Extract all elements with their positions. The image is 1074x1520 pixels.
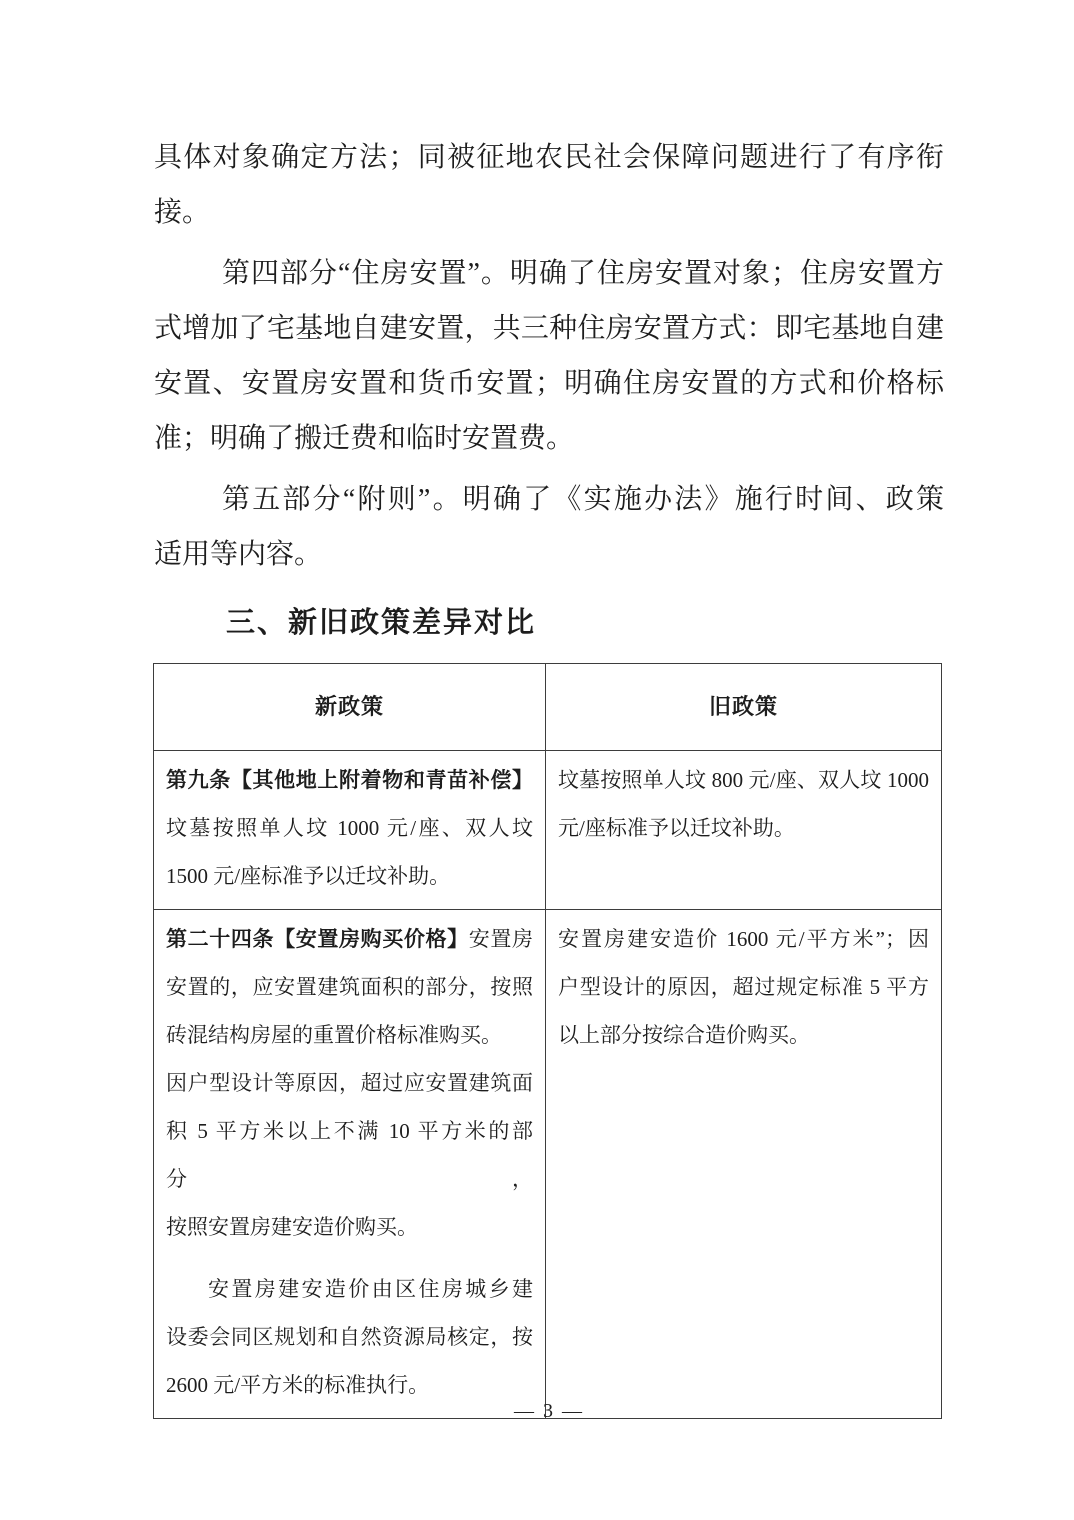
text-line: 因户型设计等原因，超过应安置建筑面 (166, 1059, 533, 1107)
paragraph-part-four: 第四部分“住房安置”。明确了住房安置对象；住房安置方 式增加了宅基地自建安置，共… (154, 246, 944, 466)
text-line: 适用等内容。 (154, 527, 944, 582)
paragraph-part-five: 第五部分“附则”。明确了《实施办法》施行时间、政策 适用等内容。 (154, 472, 944, 582)
table-row-article-9: 第九条【其他地上附着物和青苗补偿】 坟墓按照单人坟 1000 元/座、双人坟 1… (154, 751, 942, 910)
document-page: 具体对象确定方法；同被征地农民社会保障问题进行了有序衔 接。 第四部分“住房安置… (0, 0, 1074, 1520)
cell-old-policy-article-24: 安置房建安造价 1600 元/平方米”；因 户型设计的原因，超过规定标准 5 平… (546, 910, 942, 1419)
text-line: 设委会同区规划和自然资源局核定，按 (166, 1313, 533, 1361)
cell-new-policy-article-9: 第九条【其他地上附着物和青苗补偿】 坟墓按照单人坟 1000 元/座、双人坟 1… (154, 751, 546, 910)
table-row-article-24: 第二十四条【安置房购买价格】安置房 安置的，应安置建筑面积的部分，按照 砖混结构… (154, 910, 942, 1419)
article-title-bold: 第二十四条【安置房购买价格】 (166, 927, 469, 951)
text-line: 以上部分按综合造价购买。 (558, 1011, 929, 1059)
section-heading-comparison: 三、新旧政策差异对比 (154, 596, 944, 651)
document-content: 具体对象确定方法；同被征地农民社会保障问题进行了有序衔 接。 第四部分“住房安置… (154, 130, 944, 1419)
text-line: 1500 元/座标准予以迁坟补助。 (166, 852, 533, 900)
text-line: 准；明确了搬迁费和临时安置费。 (154, 411, 944, 466)
table-header-row: 新政策 旧政策 (154, 664, 942, 751)
cell-new-policy-article-24: 第二十四条【安置房购买价格】安置房 安置的，应安置建筑面积的部分，按照 砖混结构… (154, 910, 546, 1419)
text-line: 按照安置房建安造价购买。 (166, 1203, 533, 1251)
text-line: 砖混结构房屋的重置价格标准购买。 (166, 1011, 533, 1059)
text-line: 具体对象确定方法；同被征地农民社会保障问题进行了有序衔 (154, 130, 944, 185)
paragraph-continuation: 具体对象确定方法；同被征地农民社会保障问题进行了有序衔 接。 (154, 130, 944, 240)
text-line: 安置房建安造价 1600 元/平方米”；因 (558, 915, 929, 963)
text-line: 积 5 平方米以上不满 10 平方米的部分， (166, 1107, 533, 1203)
text-line: 坟墓按照单人坟 800 元/座、双人坟 1000 (558, 756, 929, 804)
text-line: 元/座标准予以迁坟补助。 (558, 804, 929, 852)
policy-comparison-table: 新政策 旧政策 第九条【其他地上附着物和青苗补偿】 坟墓按照单人坟 1000 元… (153, 663, 942, 1419)
text-line: 安置房建安造价由区住房城乡建 (166, 1265, 533, 1313)
text-line: 安置、安置房安置和货币安置；明确住房安置的方式和价格标 (154, 356, 944, 411)
text-line: 安置的，应安置建筑面积的部分，按照 (166, 963, 533, 1011)
text-line: 第九条【其他地上附着物和青苗补偿】 (166, 756, 533, 804)
text-line: 式增加了宅基地自建安置，共三种住房安置方式：即宅基地自建 (154, 301, 944, 356)
column-header-old-policy: 旧政策 (546, 664, 942, 751)
page-number: — 3 — (154, 1400, 944, 1423)
text-line: 第五部分“附则”。明确了《实施办法》施行时间、政策 (154, 472, 944, 527)
text-line: 户型设计的原因，超过规定标准 5 平方 (558, 963, 929, 1011)
text-line: 坟墓按照单人坟 1000 元/座、双人坟 (166, 804, 533, 852)
text-line: 第二十四条【安置房购买价格】安置房 (166, 915, 533, 963)
cell-old-policy-article-9: 坟墓按照单人坟 800 元/座、双人坟 1000 元/座标准予以迁坟补助。 (546, 751, 942, 910)
text-line: 接。 (154, 185, 944, 240)
column-header-new-policy: 新政策 (154, 664, 546, 751)
article-text: 安置房 (469, 927, 533, 951)
text-line: 第四部分“住房安置”。明确了住房安置对象；住房安置方 (154, 246, 944, 301)
